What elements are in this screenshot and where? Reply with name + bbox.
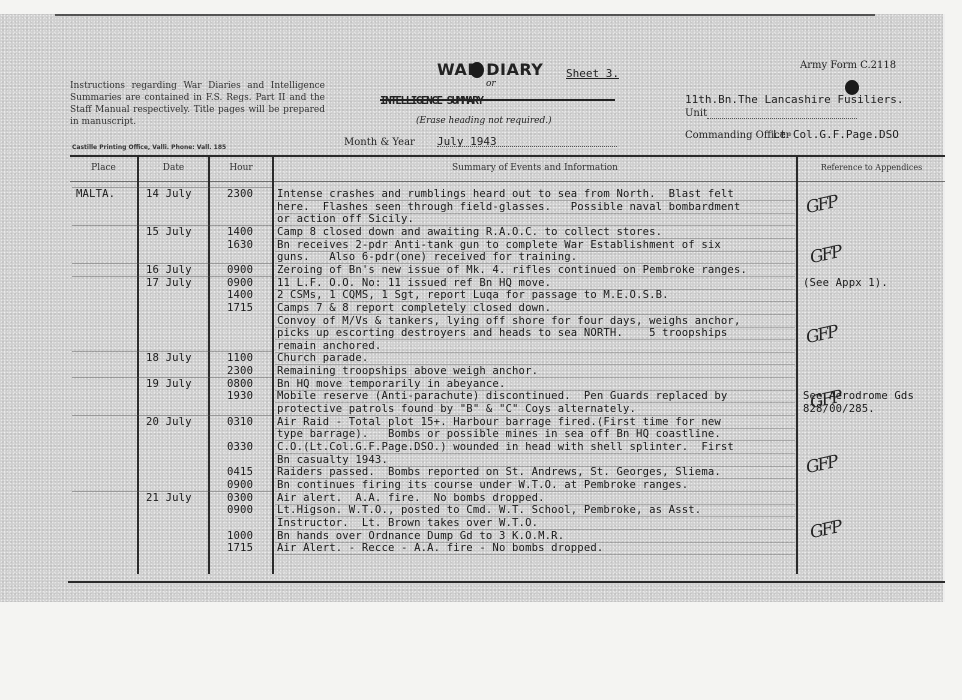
unit-value: 11th.Bn.The Lancashire Fusiliers. [685,93,904,106]
hour-cell: 0330 [227,441,253,453]
hour-cell: 1400 [227,226,253,238]
date-cell: 19 July [146,378,192,390]
hour-cell: 0415 [227,466,253,478]
hour-cell: 2300 [227,365,253,377]
summary-cell: Air Raid - Total plot 15+. Harbour barra… [277,416,721,428]
date-separator [72,351,272,352]
unit-dotted-line [707,118,857,119]
summary-cell: Bn hands over Ordnance Dump Gd to 3 K.O.… [277,530,564,542]
column-divider [137,156,139,574]
hour-cell: 0900 [227,264,253,276]
summary-cell: Camp 8 closed down and awaiting R.A.O.C.… [277,226,662,238]
hour-cell: 1400 [227,289,253,301]
header-bottom-rule [70,181,945,182]
date-cell: 16 July [146,264,192,276]
summary-cell: Raiders passed. Bombs reported on St. An… [277,466,721,478]
column-divider [208,156,210,574]
date-separator [72,187,272,188]
date-cell: 21 July [146,492,192,504]
hour-cell: 1930 [227,390,253,402]
summary-cell: Intense crashes and rumblings heard out … [277,188,734,200]
summary-cell: 2 CSMs, 1 CQMS, 1 Sgt, report Luqa for p… [277,289,669,301]
column-divider [796,156,798,574]
document-title: WAR DIARY [437,60,543,79]
summary-cell: Camps 7 & 8 report completely closed dow… [277,302,551,314]
date-separator [72,377,272,378]
hour-cell: 0300 [227,492,253,504]
date-separator [72,415,272,416]
erase-note: (Erase heading not required.) [416,116,552,126]
date-cell: 20 July [146,416,192,428]
month-dotted-line [437,146,617,147]
or-text: or [486,79,496,89]
summary-cell: Convoy of M/Vs & tankers, lying off shor… [277,315,741,327]
summary-cell: protective patrols found by "B" & "C" Co… [277,403,636,415]
summary-cell: guns. Also 6-pdr(one) received for train… [277,251,577,263]
summary-cell: Bn casualty 1943. [277,454,388,466]
summary-cell: Remaining troopships above weigh anchor. [277,365,538,377]
date-separator [72,263,272,264]
hour-cell: 1000 [227,530,253,542]
commanding-officer-value: Lt-Col.G.F.Page.DSO [773,128,899,141]
struck-heading: INTELLIGENCE SUMMARY [380,94,615,106]
hour-cell: 1715 [227,542,253,554]
page-edge [943,14,945,602]
date-separator [72,276,272,277]
summary-cell: Church parade. [277,352,368,364]
date-cell: 15 July [146,226,192,238]
summary-cell: type barrage). Bombs or possible mines i… [277,428,721,440]
hour-cell: 2300 [227,188,253,200]
hour-cell: 0900 [227,277,253,289]
hour-cell: 1100 [227,352,253,364]
column-divider [272,156,274,574]
hour-cell: 1630 [227,239,253,251]
unit-label: Unit [685,108,707,119]
ink-blot [470,62,484,78]
month-year-label: Month & Year [344,137,415,148]
header-summary: Summary of Events and Information [274,163,796,173]
hour-cell: 0310 [227,416,253,428]
summary-cell: here. Flashes seen through field-glasses… [277,201,741,213]
place-cell: MALTA. [76,188,115,200]
header-date: Date [139,163,208,173]
header-reference: Reference to Appendices [798,163,945,172]
summary-cell: Mobile reserve (Anti-parachute) disconti… [277,390,727,402]
table-top-rule [70,155,945,157]
summary-cell: C.O.(Lt.Col.G.F.Page.DSO.) wounded in he… [277,441,734,453]
table-bottom-rule [68,581,945,583]
summary-cell: Bn HQ move temporarily in abeyance. [277,378,505,390]
hour-cell: 0900 [227,479,253,491]
date-cell: 18 July [146,352,192,364]
summary-cell: or action off Sicily. [277,213,414,225]
hour-cell: 0900 [227,504,253,516]
header-hour: Hour [210,163,272,173]
summary-cell: Zeroing of Bn's new issue of Mk. 4. rifl… [277,264,747,276]
header-place: Place [70,163,137,173]
date-separator [72,225,272,226]
hour-cell: 0800 [227,378,253,390]
reference-note: (See Appx 1). [803,277,888,289]
army-form-number: Army Form C.2118 [800,60,896,71]
summary-cell: remain anchored. [277,340,381,352]
date-cell: 17 July [146,277,192,289]
summary-cell: picks up escorting destroyers and heads … [277,327,727,339]
summary-cell: Bn receives 2-pdr Anti-tank gun to compl… [277,239,721,251]
hour-cell: 1715 [227,302,253,314]
summary-cell: 11 L.F. O.O. No: 11 issued ref Bn HQ mov… [277,277,551,289]
ruled-line [275,554,795,555]
summary-cell: Instructor. Lt. Brown takes over W.T.O. [277,517,538,529]
summary-cell: Lt.Higson. W.T.O., posted to Cmd. W.T. S… [277,504,701,516]
date-separator [72,491,272,492]
date-cell: 14 July [146,188,192,200]
printer-imprint: Castille Printing Office, Valli. Phone: … [72,144,226,151]
instructions-text: Instructions regarding War Diaries and I… [70,80,325,128]
sheet-number: Sheet 3. [566,67,619,80]
summary-cell: Air Alert. - Recce - A.A. fire - No bomb… [277,542,603,554]
summary-cell: Air alert. A.A. fire. No bombs dropped. [277,492,545,504]
page-edge-line [55,14,875,16]
summary-cell: Bn continues firing its course under W.T… [277,479,688,491]
